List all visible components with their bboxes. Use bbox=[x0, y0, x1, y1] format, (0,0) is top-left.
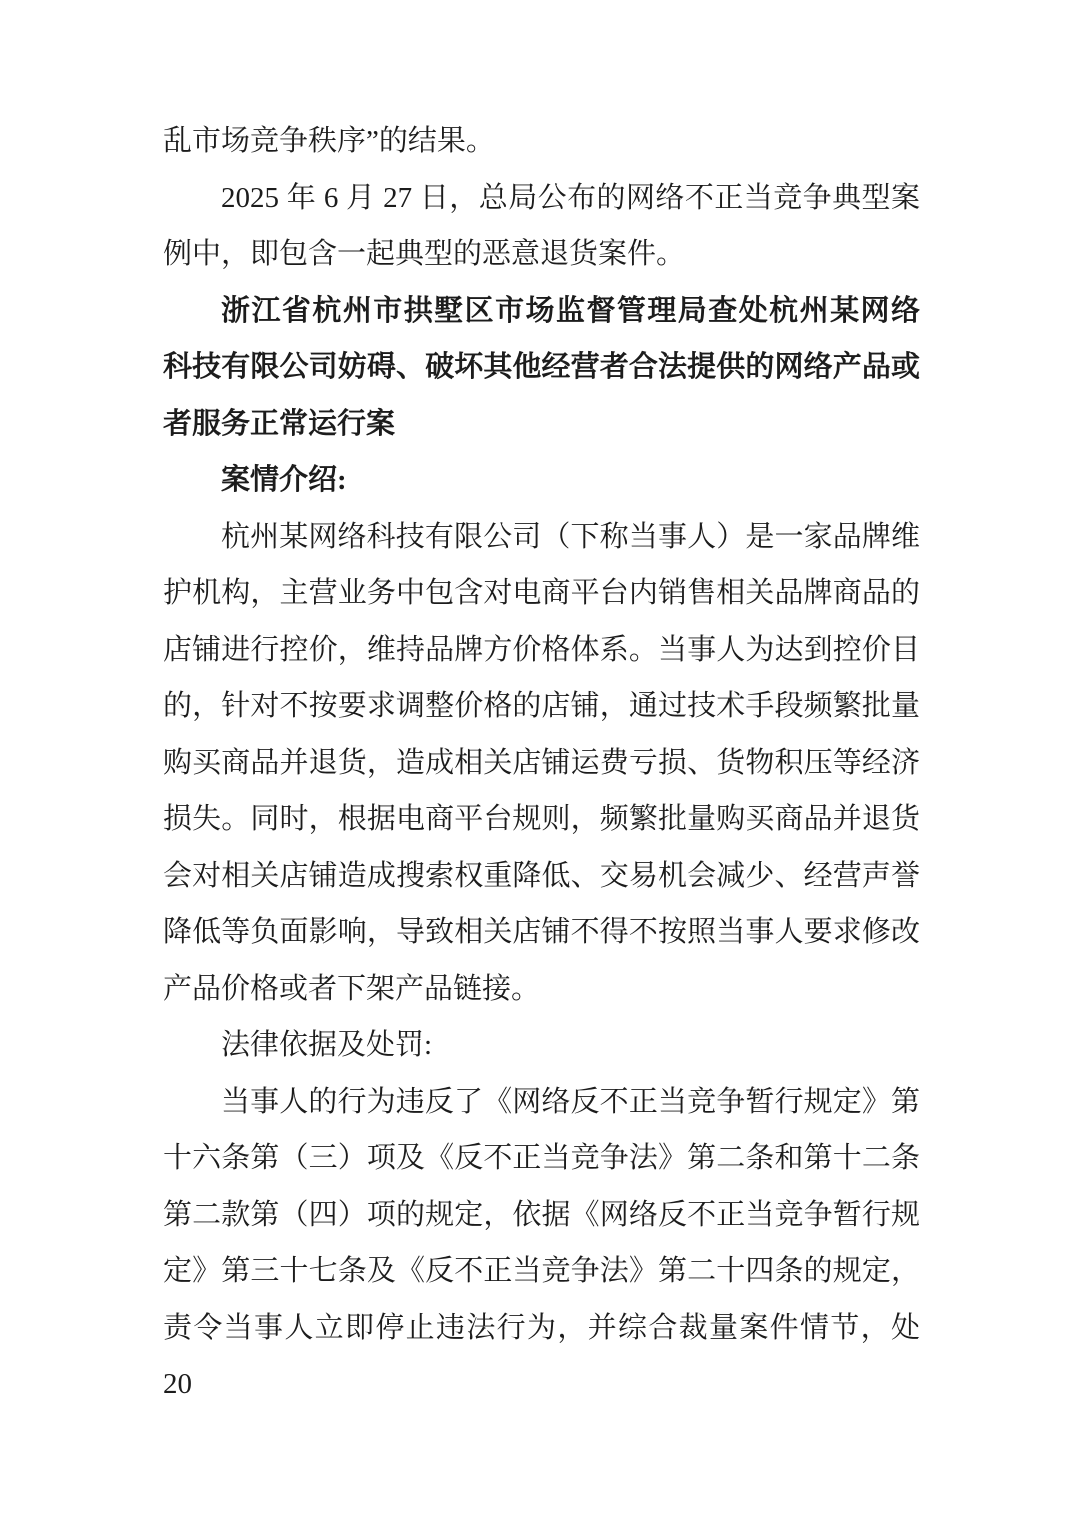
text-line: 杭州某网络科技有限公司（下称当事人）是一家品牌维 bbox=[163, 509, 920, 566]
heading-paragraph: 浙江省杭州市拱墅区市场监督管理局查处杭州某网络科技有限公司妨碍、破坏其他经营者合… bbox=[163, 283, 920, 453]
body-paragraph: 法律依据及处罚: bbox=[163, 1017, 920, 1074]
text-line: 浙江省杭州市拱墅区市场监督管理局查处杭州某网络 bbox=[163, 283, 920, 340]
document-page: 乱市场竞争秩序”的结果。2025 年 6 月 27 日，总局公布的网络不正当竞争… bbox=[0, 0, 1080, 1527]
body-paragraph: 杭州某网络科技有限公司（下称当事人）是一家品牌维护机构，主营业务中包含对电商平台… bbox=[163, 509, 920, 1018]
text-line: 定》第三十七条及《反不正当竞争法》第二十四条的规定， bbox=[163, 1243, 920, 1300]
document-body: 乱市场竞争秩序”的结果。2025 年 6 月 27 日，总局公布的网络不正当竞争… bbox=[163, 113, 920, 1413]
text-line: 例中，即包含一起典型的恶意退货案件。 bbox=[163, 226, 920, 283]
body-paragraph: 乱市场竞争秩序”的结果。 bbox=[163, 113, 920, 170]
heading-paragraph: 案情介绍: bbox=[163, 452, 920, 509]
text-line: 案情介绍: bbox=[163, 452, 920, 509]
text-line: 十六条第（三）项及《反不正当竞争法》第二条和第十二条 bbox=[163, 1130, 920, 1187]
body-paragraph: 当事人的行为违反了《网络反不正当竞争暂行规定》第十六条第（三）项及《反不正当竞争… bbox=[163, 1074, 920, 1413]
text-line: 者服务正常运行案 bbox=[163, 396, 920, 453]
text-line: 降低等负面影响，导致相关店铺不得不按照当事人要求修改 bbox=[163, 904, 920, 961]
text-line: 购买商品并退货，造成相关店铺运费亏损、货物积压等经济 bbox=[163, 735, 920, 792]
text-line: 损失。同时，根据电商平台规则，频繁批量购买商品并退货 bbox=[163, 791, 920, 848]
text-line: 当事人的行为违反了《网络反不正当竞争暂行规定》第 bbox=[163, 1074, 920, 1131]
text-line: 护机构，主营业务中包含对电商平台内销售相关品牌商品的 bbox=[163, 565, 920, 622]
text-line: 产品价格或者下架产品链接。 bbox=[163, 961, 920, 1018]
text-line: 店铺进行控价，维持品牌方价格体系。当事人为达到控价目 bbox=[163, 622, 920, 679]
body-paragraph: 2025 年 6 月 27 日，总局公布的网络不正当竞争典型案例中，即包含一起典… bbox=[163, 170, 920, 283]
text-line: 责令当事人立即停止违法行为，并综合裁量案件情节，处 20 bbox=[163, 1300, 920, 1413]
text-line: 第二款第（四）项的规定，依据《网络反不正当竞争暂行规 bbox=[163, 1187, 920, 1244]
text-line: 科技有限公司妨碍、破坏其他经营者合法提供的网络产品或 bbox=[163, 339, 920, 396]
text-line: 的，针对不按要求调整价格的店铺，通过技术手段频繁批量 bbox=[163, 678, 920, 735]
text-line: 乱市场竞争秩序”的结果。 bbox=[163, 113, 920, 170]
text-line: 2025 年 6 月 27 日，总局公布的网络不正当竞争典型案 bbox=[163, 170, 920, 227]
text-line: 法律依据及处罚: bbox=[163, 1017, 920, 1074]
text-line: 会对相关店铺造成搜索权重降低、交易机会减少、经营声誉 bbox=[163, 848, 920, 905]
